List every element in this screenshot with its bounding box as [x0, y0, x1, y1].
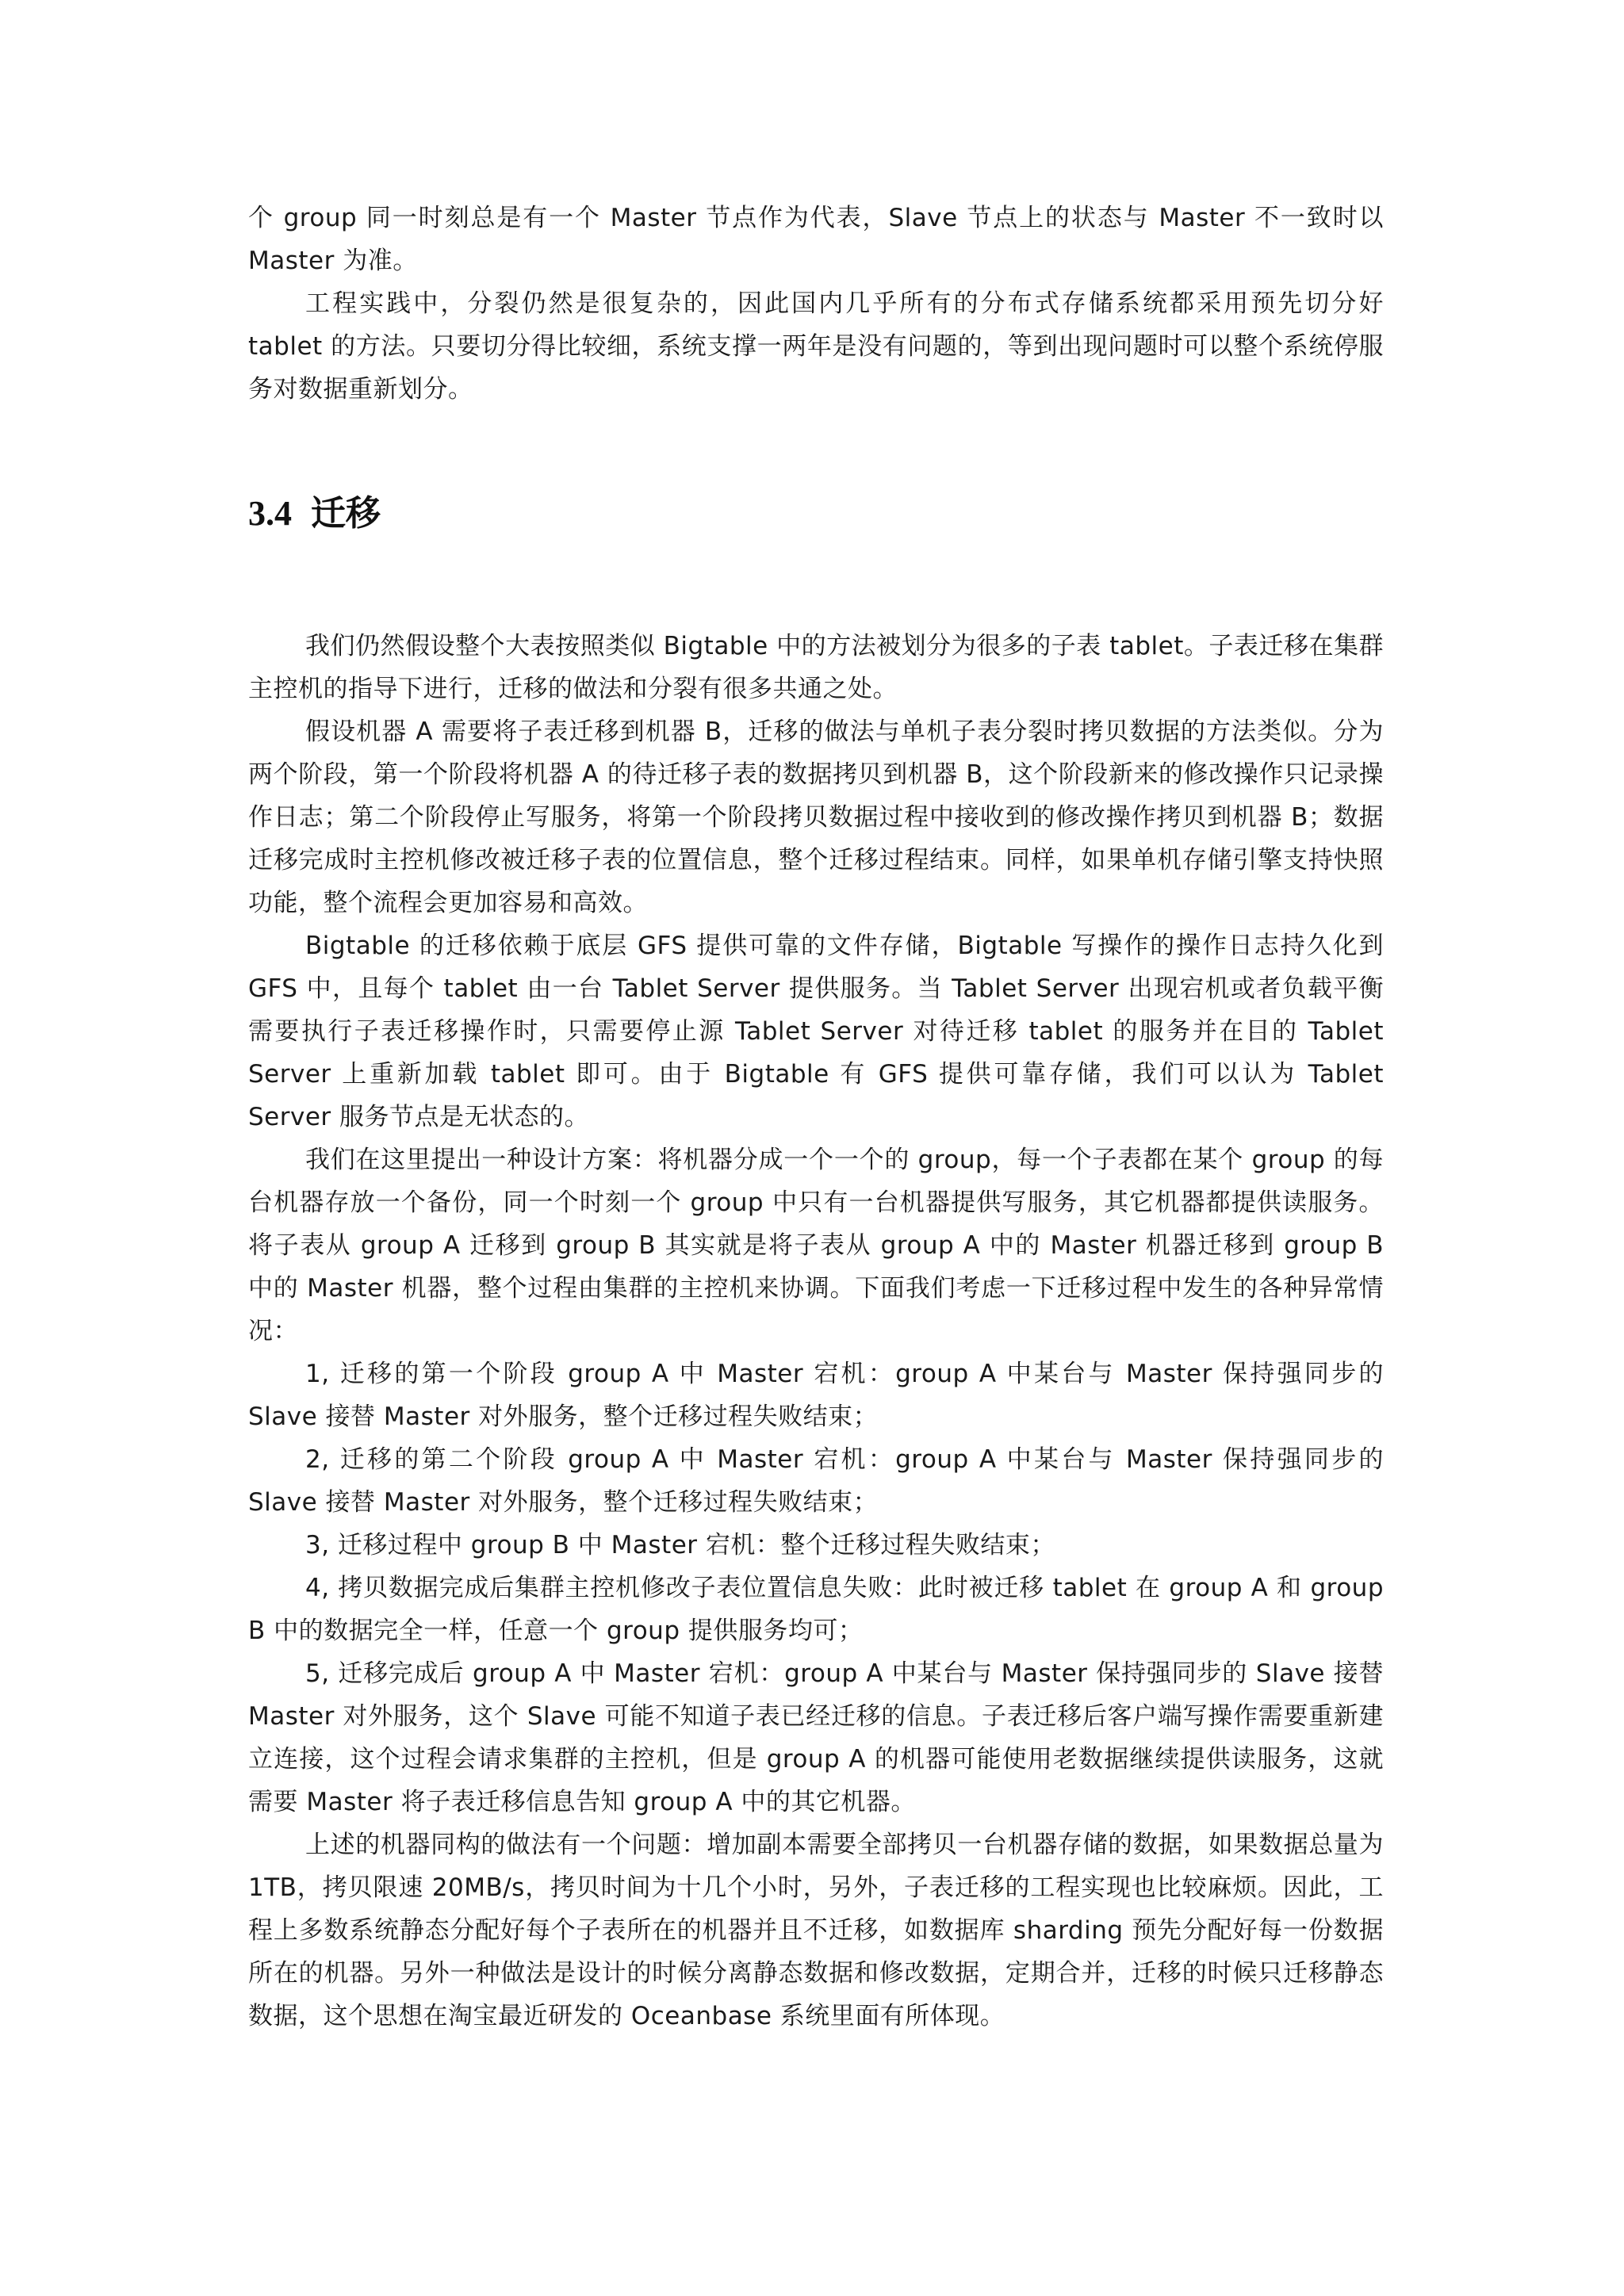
- document-page: 个 group 同一时刻总是有一个 Master 节点作为代表，Slave 节点…: [248, 197, 1384, 2038]
- section-body: 我们仍然假设整个大表按照类似 Bigtable 中的方法被划分为很多的子表 ta…: [248, 625, 1384, 2038]
- paragraph-group-design: 我们在这里提出一种设计方案：将机器分成一个一个的 group，每一个子表都在某个…: [248, 1138, 1384, 1353]
- section-number: 3.4: [248, 494, 292, 533]
- list-item-case-5: 5, 迁移完成后 group A 中 Master 宕机：group A 中某台…: [248, 1652, 1384, 1823]
- intro-paragraph-split-practice: 工程实践中，分裂仍然是很复杂的，因此国内几乎所有的分布式存储系统都采用预先切分好…: [248, 282, 1384, 411]
- list-item-case-1: 1, 迁移的第一个阶段 group A 中 Master 宕机：group A …: [248, 1353, 1384, 1438]
- paragraph-migration-phases: 假设机器 A 需要将子表迁移到机器 B，迁移的做法与单机子表分裂时拷贝数据的方法…: [248, 710, 1384, 924]
- paragraph-bigtable-migration: Bigtable 的迁移依赖于底层 GFS 提供可靠的文件存储，Bigtable…: [248, 924, 1384, 1138]
- list-item-case-4: 4, 拷贝数据完成后集群主控机修改子表位置信息失败：此时被迁移 tablet 在…: [248, 1567, 1384, 1652]
- section-title: 迁移: [311, 493, 381, 534]
- intro-paragraph-continuation: 个 group 同一时刻总是有一个 Master 节点作为代表，Slave 节点…: [248, 197, 1384, 282]
- list-item-case-2: 2, 迁移的第二个阶段 group A 中 Master 宕机：group A …: [248, 1438, 1384, 1524]
- paragraph-migration-intro: 我们仍然假设整个大表按照类似 Bigtable 中的方法被划分为很多的子表 ta…: [248, 625, 1384, 710]
- section-heading: 3.4迁移: [248, 490, 1384, 538]
- paragraph-conclusion: 上述的机器同构的做法有一个问题：增加副本需要全部拷贝一台机器存储的数据，如果数据…: [248, 1823, 1384, 2038]
- list-item-case-3: 3, 迁移过程中 group B 中 Master 宕机：整个迁移过程失败结束；: [248, 1524, 1384, 1567]
